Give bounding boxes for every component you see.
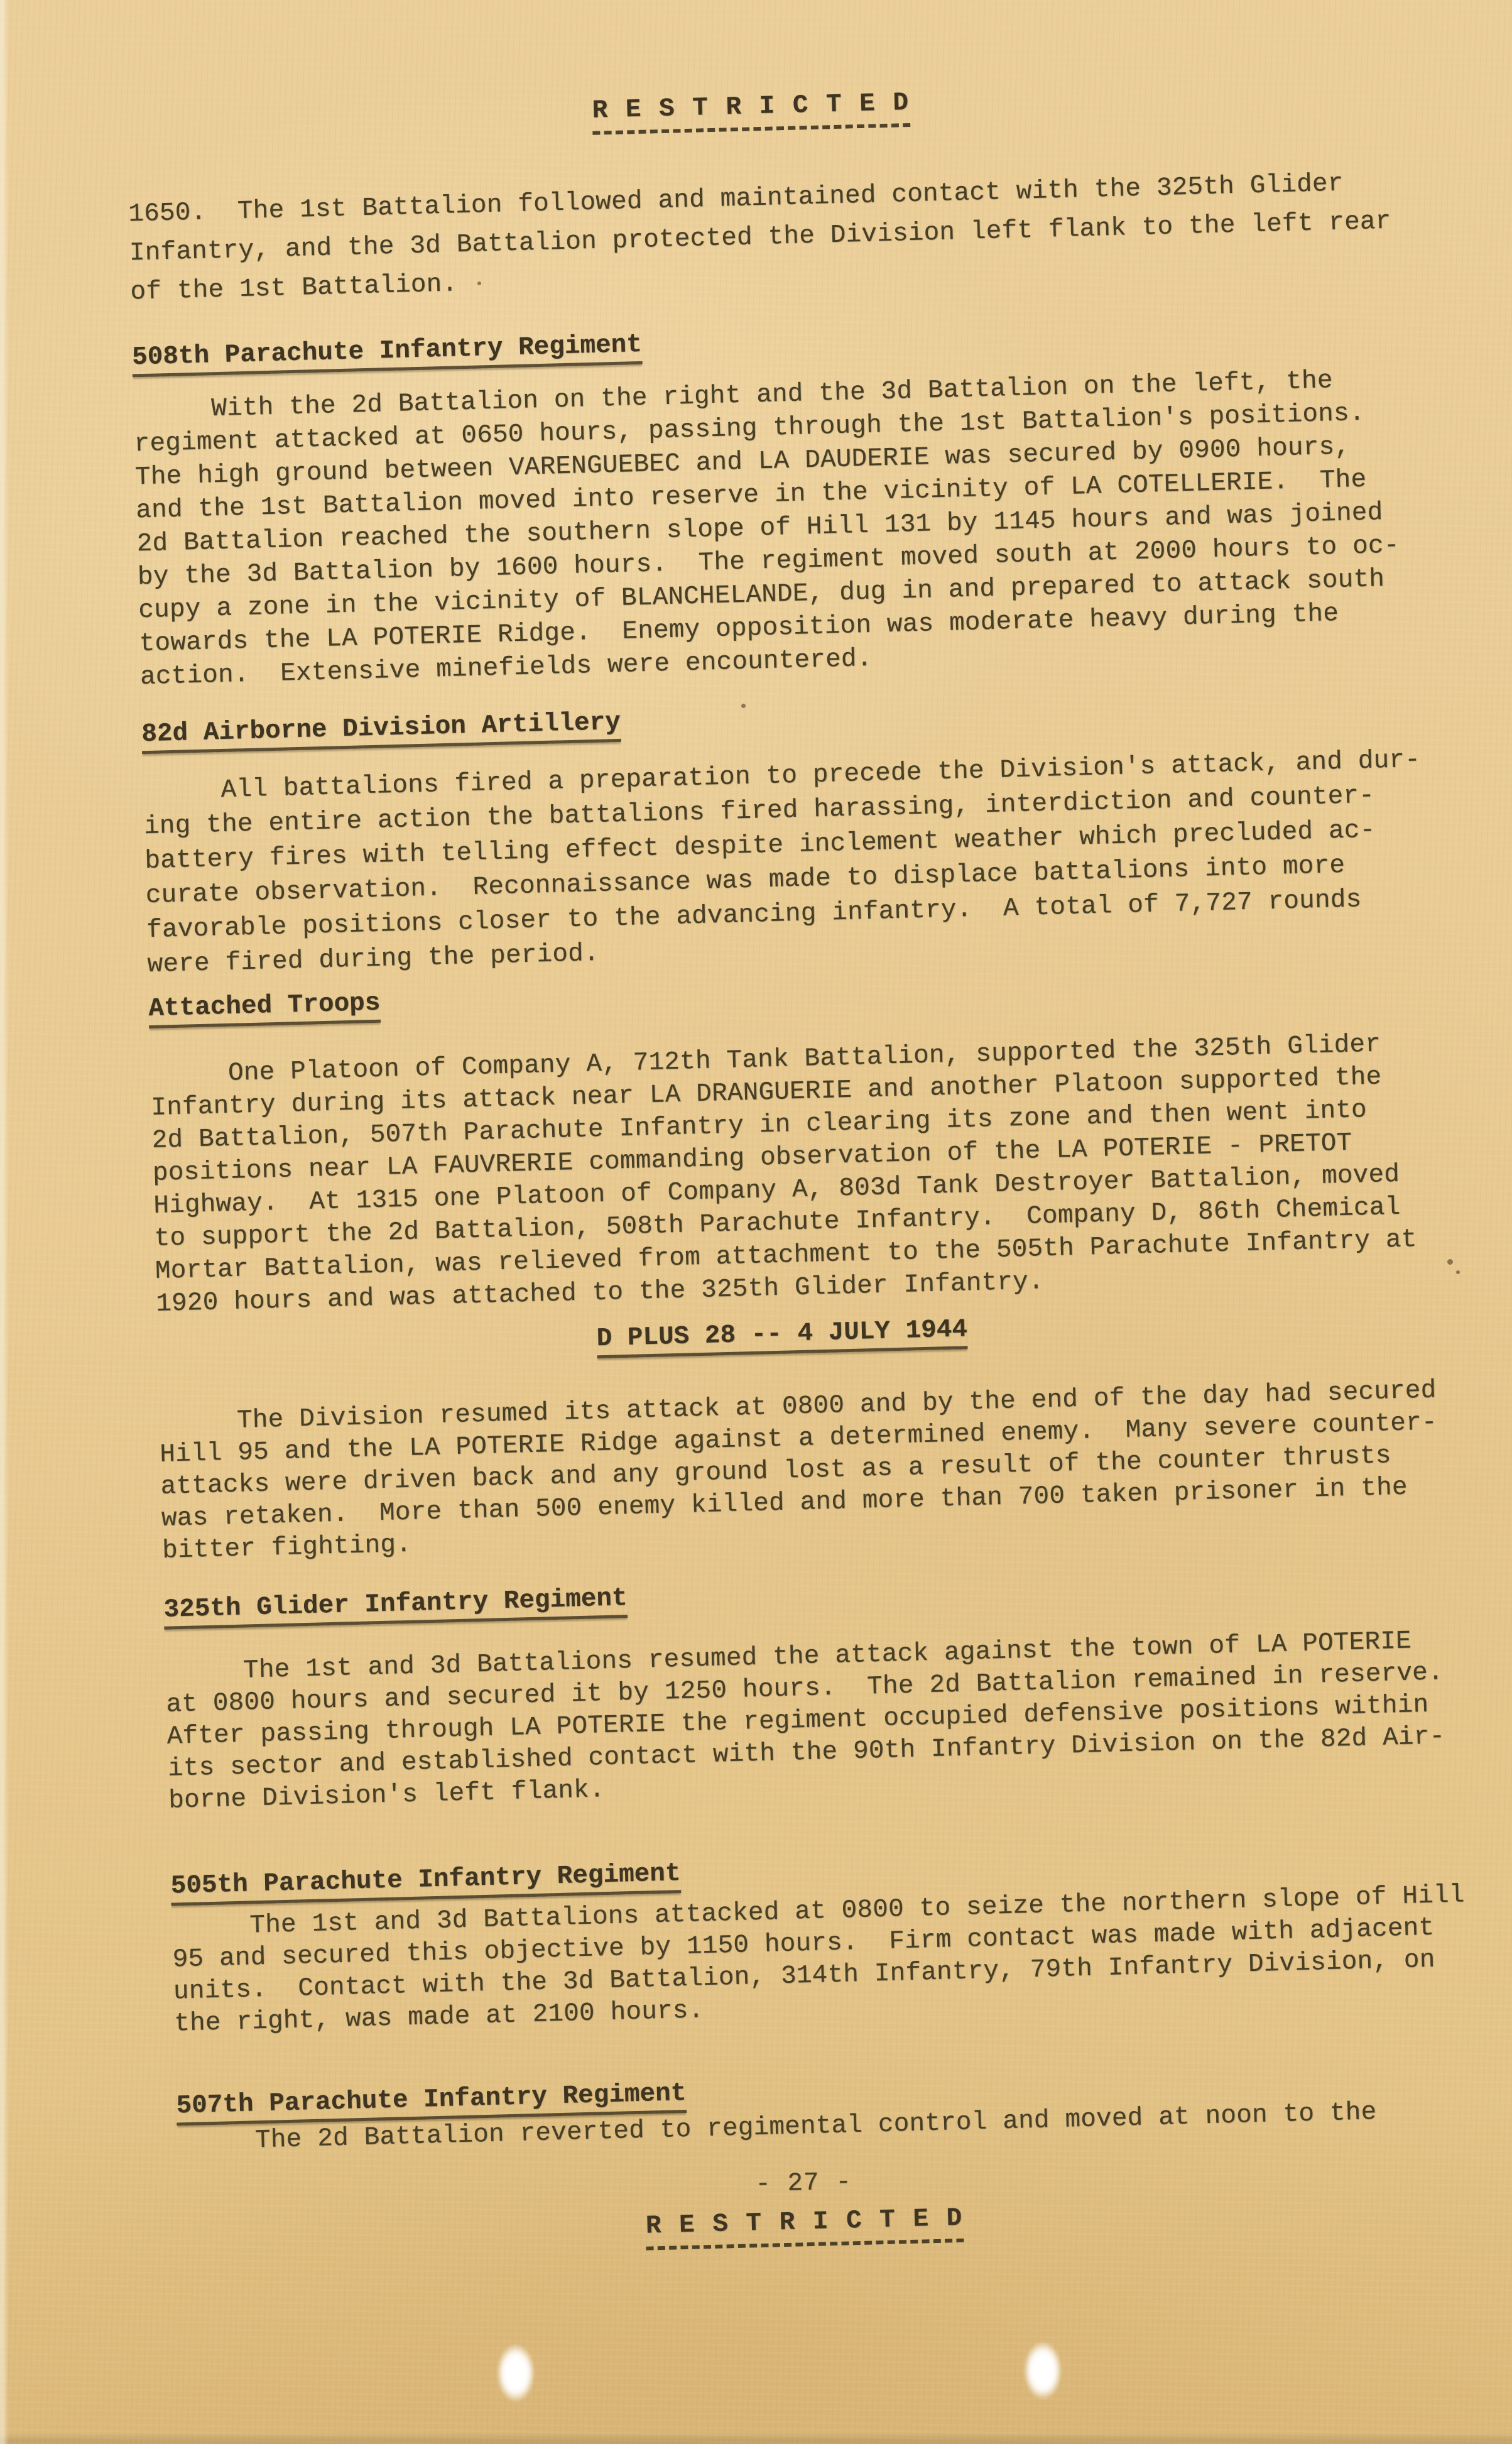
ink-speck	[1447, 1259, 1453, 1265]
paragraph-508th: With the 2d Battalion on the right and t…	[133, 363, 1390, 694]
classification-banner-top-text: R E S T R I C T E D	[592, 89, 910, 135]
punch-hole-left	[496, 2343, 535, 2403]
classification-banner-bottom-text: R E S T R I C T E D	[645, 2204, 964, 2250]
ink-speck	[1456, 1270, 1460, 1274]
ink-speck	[477, 281, 481, 285]
paragraph-attached-troops: One Platoon of Company A, 712th Tank Bat…	[150, 1028, 1406, 1321]
paragraph-325th: The 1st and 3d Battalions resumed the at…	[165, 1625, 1419, 1817]
classification-banner-top: R E S T R I C T E D	[126, 77, 1376, 146]
ink-speck	[741, 704, 746, 708]
section-heading-325th: 325th Glider Infantry Regiment	[163, 1564, 1414, 1629]
typewritten-text-layer: R E S T R I C T E D 1650. The 1st Battal…	[0, 0, 1512, 2444]
scanned-document-page: R E S T R I C T E D 1650. The 1st Battal…	[0, 0, 1512, 2444]
section-heading-artillery: 82d Airborne Division Artillery	[141, 689, 1392, 754]
paragraph-artillery: All battalions fired a preparation to pr…	[143, 744, 1398, 983]
paragraph-d-plus-28: The Division resumed its attack at 0800 …	[158, 1376, 1412, 1568]
paragraph-505th: The 1st and 3d Battalions attacked at 08…	[171, 1880, 1425, 2040]
paragraph-intro-1650: 1650. The 1st Battalion followed and mai…	[128, 163, 1381, 312]
punch-hole-right	[1023, 2341, 1062, 2400]
